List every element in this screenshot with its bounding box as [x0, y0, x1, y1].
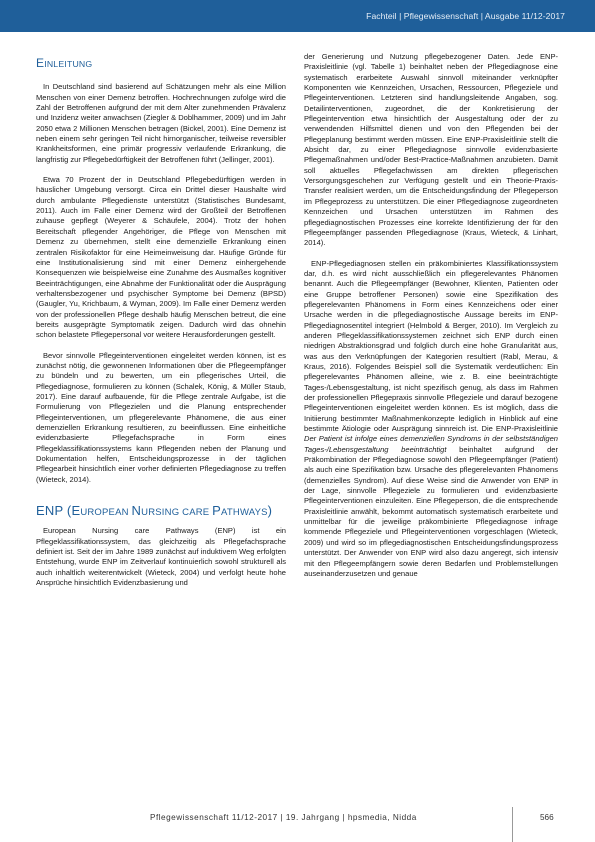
heading-initial: N	[132, 503, 142, 518]
page-number: 566	[540, 813, 554, 822]
section-heading-einleitung: Einleitung	[36, 58, 286, 69]
paragraph-text: beinhaltet aufgrund der Präkombination d…	[304, 445, 558, 578]
heading-smallcaps: inleitung	[44, 59, 92, 69]
paragraph: European Nursing care Pathways (ENP) ist…	[36, 526, 286, 588]
paragraph: In Deutschland sind basierend auf Schätz…	[36, 82, 286, 165]
section-heading-enp: ENP (European Nursing care Pathways)	[36, 506, 286, 518]
heading-tail: )	[268, 503, 273, 518]
paragraph: der Generierung und Nutzung pflegebezoge…	[304, 52, 558, 249]
running-header-title: Fachteil | Pflegewissenschaft | Ausgabe …	[366, 11, 565, 21]
paragraph-text: ENP-Pflegediagnosen stellen ein präkombi…	[304, 259, 558, 434]
heading-smallcaps: uropean	[80, 507, 131, 518]
paragraph: Bevor sinnvolle Pflegeinterventionen ein…	[36, 351, 286, 485]
left-column: Einleitung In Deutschland sind basierend…	[36, 48, 286, 588]
footer-divider	[512, 807, 513, 842]
heading-lead: ENP (	[36, 503, 71, 518]
footer-citation: Pflegewissenschaft 11/12-2017 | 19. Jahr…	[150, 813, 417, 822]
running-header-bar: Fachteil | Pflegewissenschaft | Ausgabe …	[0, 0, 595, 32]
paragraph: ENP-Pflegediagnosen stellen ein präkombi…	[304, 259, 558, 580]
heading-initial: E	[71, 503, 80, 518]
heading-smallcaps: ursing care	[141, 507, 212, 518]
heading-initial: P	[212, 503, 221, 518]
heading-initial: E	[36, 56, 44, 70]
paragraph: Etwa 70 Prozent der in Deutschland Pfleg…	[36, 175, 286, 341]
heading-smallcaps: athways	[221, 507, 268, 518]
right-column: der Generierung und Nutzung pflegebezoge…	[304, 52, 558, 579]
